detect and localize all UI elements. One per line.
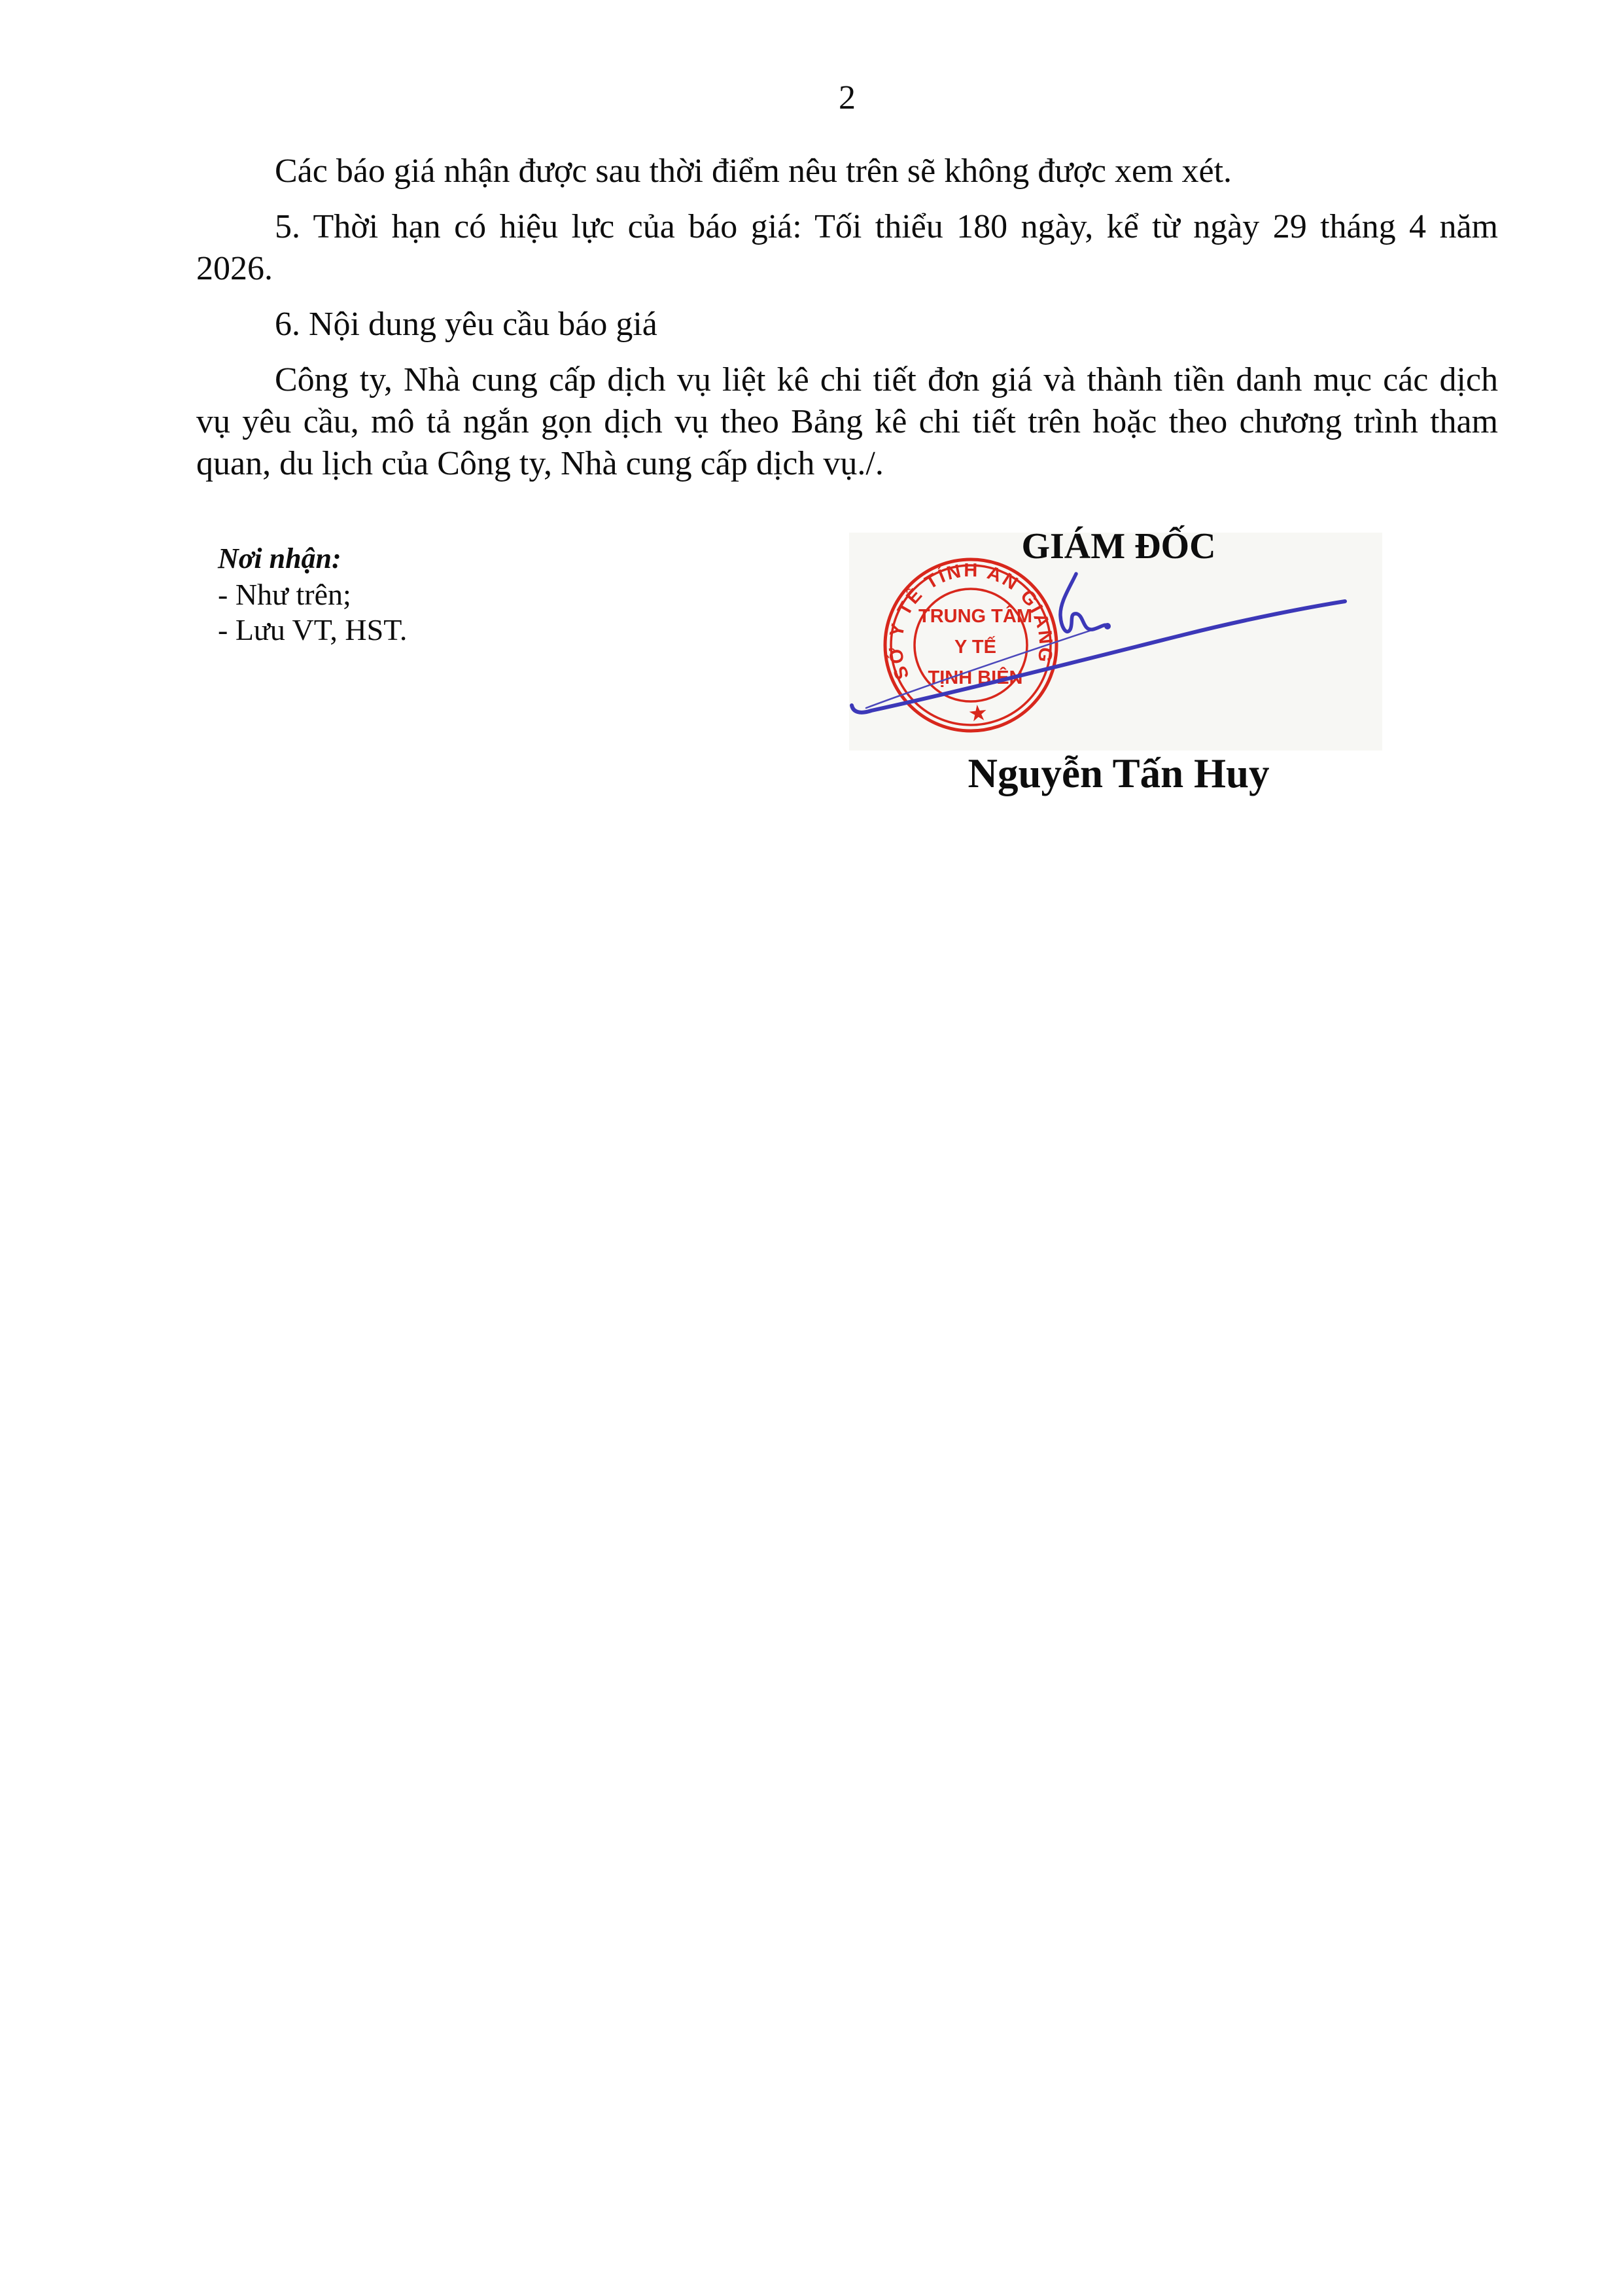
document-body: Các báo giá nhận được sau thời điểm nêu … — [196, 150, 1498, 499]
text-line: 6. Nội dung yêu cầu báo giá — [196, 304, 1498, 345]
recipient-item: - Như trên; — [218, 577, 407, 612]
document-page: 2 Các báo giá nhận được sau thời điểm nê… — [0, 0, 1623, 2296]
text-line: 5. Thời hạn có hiệu lực của báo giá: Tối… — [196, 206, 1498, 248]
signature-ink-dot — [1104, 623, 1111, 629]
paragraph: 5. Thời hạn có hiệu lực của báo giá: Tối… — [196, 206, 1498, 290]
text-line: Các báo giá nhận được sau thời điểm nêu … — [196, 150, 1498, 192]
paragraph: Công ty, Nhà cung cấp dịch vụ liệt kê ch… — [196, 359, 1498, 485]
text-line: quan, du lịch của Công ty, Nhà cung cấp … — [196, 443, 1498, 485]
paragraph: 6. Nội dung yêu cầu báo giá — [196, 304, 1498, 345]
signature-squiggle-stroke — [1060, 574, 1106, 631]
page-number: 2 — [196, 79, 1498, 118]
text-line: 2026. — [196, 248, 1498, 290]
signature-main-stroke — [852, 601, 1345, 713]
text-line: Công ty, Nhà cung cấp dịch vụ liệt kê ch… — [196, 359, 1498, 401]
signatory-name: Nguyễn Tấn Huy — [850, 750, 1387, 797]
recipients-block: Nơi nhận: - Như trên; - Lưu VT, HST. — [218, 540, 407, 648]
paragraph: Các báo giá nhận được sau thời điểm nêu … — [196, 150, 1498, 192]
recipient-item: - Lưu VT, HST. — [218, 612, 407, 648]
signature-ink — [837, 556, 1374, 733]
signature-thin-stroke — [866, 626, 1106, 708]
recipients-heading: Nơi nhận: — [218, 540, 407, 577]
text-line: vụ yêu cầu, mô tả ngắn gọn dịch vụ theo … — [196, 401, 1498, 443]
